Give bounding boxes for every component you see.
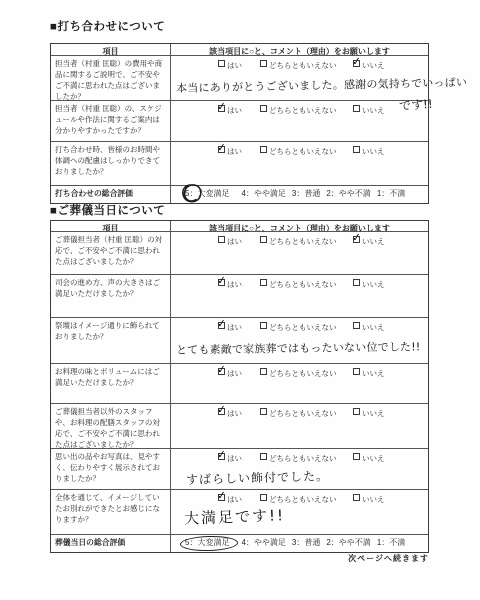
rating-option: 1：不満	[377, 189, 405, 198]
checkbox-yes: はい	[218, 60, 242, 71]
section-title-funeral-day: ■ご葬儀当日について	[50, 202, 165, 218]
header-item-column: 項目	[51, 44, 171, 55]
answer-cell: はい どちらともいえない いいえ	[171, 275, 428, 317]
checkbox-icon	[260, 60, 267, 67]
checkbox-no: いいえ	[353, 105, 385, 116]
checkbox-yes: はい	[218, 105, 242, 116]
question-text: 担当者（村重 匡聡）の費用や商品に関するご説明で、ご不安やご不満に思われた点はご…	[51, 56, 171, 100]
checkbox-yes: はい	[218, 368, 242, 379]
checkbox-no: いいえ	[353, 279, 385, 290]
question-text: 思い出の品やお写真は、見やすく、伝わりやすく展示されておりましたか？	[51, 449, 171, 489]
checkbox-icon	[260, 146, 267, 153]
rating-option: 4：やや満足	[241, 189, 285, 198]
question-text: 全体を通じて、イメージしていたお別れができたとお感じになりますか？	[51, 490, 171, 534]
checkbox-icon	[218, 494, 225, 501]
checkbox-icon	[353, 60, 360, 67]
table-row: お料理の味とボリュームにはご満足いただけましたか？ はい どちらともいえない い…	[51, 363, 428, 403]
checkbox-icon	[218, 60, 225, 67]
rating-option: 1：不満	[377, 538, 405, 547]
checkbox-yes: はい	[218, 453, 242, 464]
question-text: 司会の進め方、声の大きさはご満足いただけましたか？	[51, 275, 171, 317]
checkbox-icon	[353, 408, 360, 415]
checkbox-icon	[218, 322, 225, 329]
checkbox-yes: はい	[218, 322, 242, 333]
checkbox-neutral: どちらともいえない	[260, 322, 337, 333]
checkbox-icon	[353, 105, 360, 112]
checkbox-yes: はい	[218, 279, 242, 290]
table-row: 打ち合わせ時、皆様のお時間や体調への配慮はしっかりできておりましたか？ はい ど…	[51, 141, 428, 185]
checkbox-icon	[260, 105, 267, 112]
checkbox-icon	[218, 105, 225, 112]
checkbox-neutral: どちらともいえない	[260, 60, 337, 71]
checkbox-no: いいえ	[353, 368, 385, 379]
rating-scale: 5：大変満足4：やや満足3：普通2：やや不満1：不満	[171, 535, 428, 552]
checkbox-icon	[218, 279, 225, 286]
rating-option: 2：やや不満	[326, 538, 370, 547]
checkbox-icon	[260, 408, 267, 415]
rating-option: 2：やや不満	[326, 189, 370, 198]
header-comment-column: 該当項目に○と、コメント（理由）をお願いします	[171, 44, 428, 55]
checkbox-icon	[218, 453, 225, 460]
question-text: 担当者（村重 匡聡）の、スケジュールや作法に関するご案内は分かりやすかったですか…	[51, 101, 171, 141]
checkbox-no: いいえ	[353, 236, 385, 247]
checkbox-icon	[260, 494, 267, 501]
rating-label: 打ち合わせの総合評価	[51, 186, 171, 203]
checkbox-neutral: どちらともいえない	[260, 105, 337, 116]
checkbox-icon	[353, 322, 360, 329]
checkbox-icon	[353, 146, 360, 153]
checkbox-no: いいえ	[353, 322, 385, 333]
rating-option: 3：普通	[292, 538, 320, 547]
checkbox-neutral: どちらともいえない	[260, 453, 337, 464]
answer-cell: はい どちらともいえない いいえ	[171, 232, 428, 274]
handwritten-comment-altar: とても素敵で家族葬ではもったいない位でした!!	[176, 338, 421, 357]
checkbox-no: いいえ	[353, 494, 385, 505]
answer-cell: はい どちらともいえない いいえ	[171, 101, 428, 141]
table-header-row: 項目 該当項目に○と、コメント（理由）をお願いします	[51, 221, 428, 231]
checkbox-neutral: どちらともいえない	[260, 236, 337, 247]
checkbox-no: いいえ	[353, 453, 385, 464]
checkbox-icon	[353, 236, 360, 243]
rating-circle-scribble-icon	[180, 182, 204, 205]
rating-option: 4：やや満足	[241, 538, 285, 547]
checkbox-icon	[260, 279, 267, 286]
section-title-meeting: ■打ち合わせについて	[50, 18, 165, 34]
checkbox-icon	[218, 236, 225, 243]
checkbox-yes: はい	[218, 146, 242, 157]
header-comment-column: 該当項目に○と、コメント（理由）をお願いします	[171, 221, 428, 231]
funeral-day-table: 項目 該当項目に○と、コメント（理由）をお願いします ご葬儀担当者（村重 匡聡）…	[50, 220, 429, 553]
table-row: 担当者（村重 匡聡）の、スケジュールや作法に関するご案内は分かりやすかったですか…	[51, 100, 428, 141]
question-text: ご葬儀担当者（村重 匡聡）の対応で、ご不安やご不満に思われた点はございましたか？	[51, 232, 171, 274]
header-item-column: 項目	[51, 221, 171, 231]
checkbox-icon	[353, 279, 360, 286]
table-row: ご葬儀担当者以外のスタッフや、お料理の配膳スタッフの対応で、ご不安やご不満に思わ…	[51, 403, 428, 448]
rating-row: 葬儀当日の総合評価 5：大変満足4：やや満足3：普通2：やや不満1：不満	[51, 534, 428, 552]
table-row: ご葬儀担当者（村重 匡聡）の対応で、ご不安やご不満に思われた点はございましたか？…	[51, 231, 428, 274]
checkbox-no: いいえ	[353, 146, 385, 157]
next-page-note: 次ページへ続きます	[348, 553, 429, 564]
table-row: 司会の進め方、声の大きさはご満足いただけましたか？ はい どちらともいえない い…	[51, 274, 428, 317]
meeting-table: 項目 該当項目に○と、コメント（理由）をお願いします 担当者（村重 匡聡）の費用…	[50, 43, 429, 204]
checkbox-icon	[353, 494, 360, 501]
scanned-survey-page: ■打ち合わせについて 項目 該当項目に○と、コメント（理由）をお願いします 担当…	[0, 0, 480, 600]
question-text: 祭壇はイメージ通りに飾られておりましたか？	[51, 318, 171, 363]
handwritten-comment-overall: 大満足です!!	[184, 504, 286, 529]
checkbox-neutral: どちらともいえない	[260, 408, 337, 419]
checkbox-icon	[260, 368, 267, 375]
checkbox-yes: はい	[218, 408, 242, 419]
checkbox-icon	[260, 236, 267, 243]
checkbox-icon	[353, 368, 360, 375]
answer-cell: はい どちらともいえない いいえ	[171, 404, 428, 448]
rating-option: 3：普通	[292, 189, 320, 198]
checkbox-neutral: どちらともいえない	[260, 494, 337, 505]
checkbox-no: いいえ	[353, 408, 385, 419]
checkbox-yes: はい	[218, 494, 242, 505]
question-text: 打ち合わせ時、皆様のお時間や体調への配慮はしっかりできておりましたか？	[51, 142, 171, 185]
handwritten-comment-meeting-continued: です!!	[398, 95, 433, 114]
checkbox-icon	[218, 368, 225, 375]
answer-cell: はい どちらともいえない いいえ	[171, 364, 428, 403]
checkbox-icon	[260, 453, 267, 460]
checkbox-no: いいえ	[353, 60, 385, 71]
checkbox-icon	[218, 408, 225, 415]
rating-row: 打ち合わせの総合評価 5：大変満足4：やや満足3：普通2：やや不満1：不満	[51, 185, 428, 203]
checkbox-icon	[260, 322, 267, 329]
checkbox-icon	[218, 146, 225, 153]
checkbox-yes: はい	[218, 236, 242, 247]
checkbox-neutral: どちらともいえない	[260, 279, 337, 290]
table-header-row: 項目 該当項目に○と、コメント（理由）をお願いします	[51, 44, 428, 55]
question-text: お料理の味とボリュームにはご満足いただけましたか？	[51, 364, 171, 403]
checkbox-neutral: どちらともいえない	[260, 368, 337, 379]
question-text: ご葬儀担当者以外のスタッフや、お料理の配膳スタッフの対応で、ご不安やご不満に思わ…	[51, 404, 171, 448]
rating-scale: 5：大変満足4：やや満足3：普通2：やや不満1：不満	[171, 186, 428, 203]
answer-cell: はい どちらともいえない いいえ	[171, 142, 428, 185]
rating-label: 葬儀当日の総合評価	[51, 535, 171, 552]
checkbox-icon	[353, 453, 360, 460]
rating-circle-icon	[180, 535, 238, 552]
checkbox-neutral: どちらともいえない	[260, 146, 337, 157]
